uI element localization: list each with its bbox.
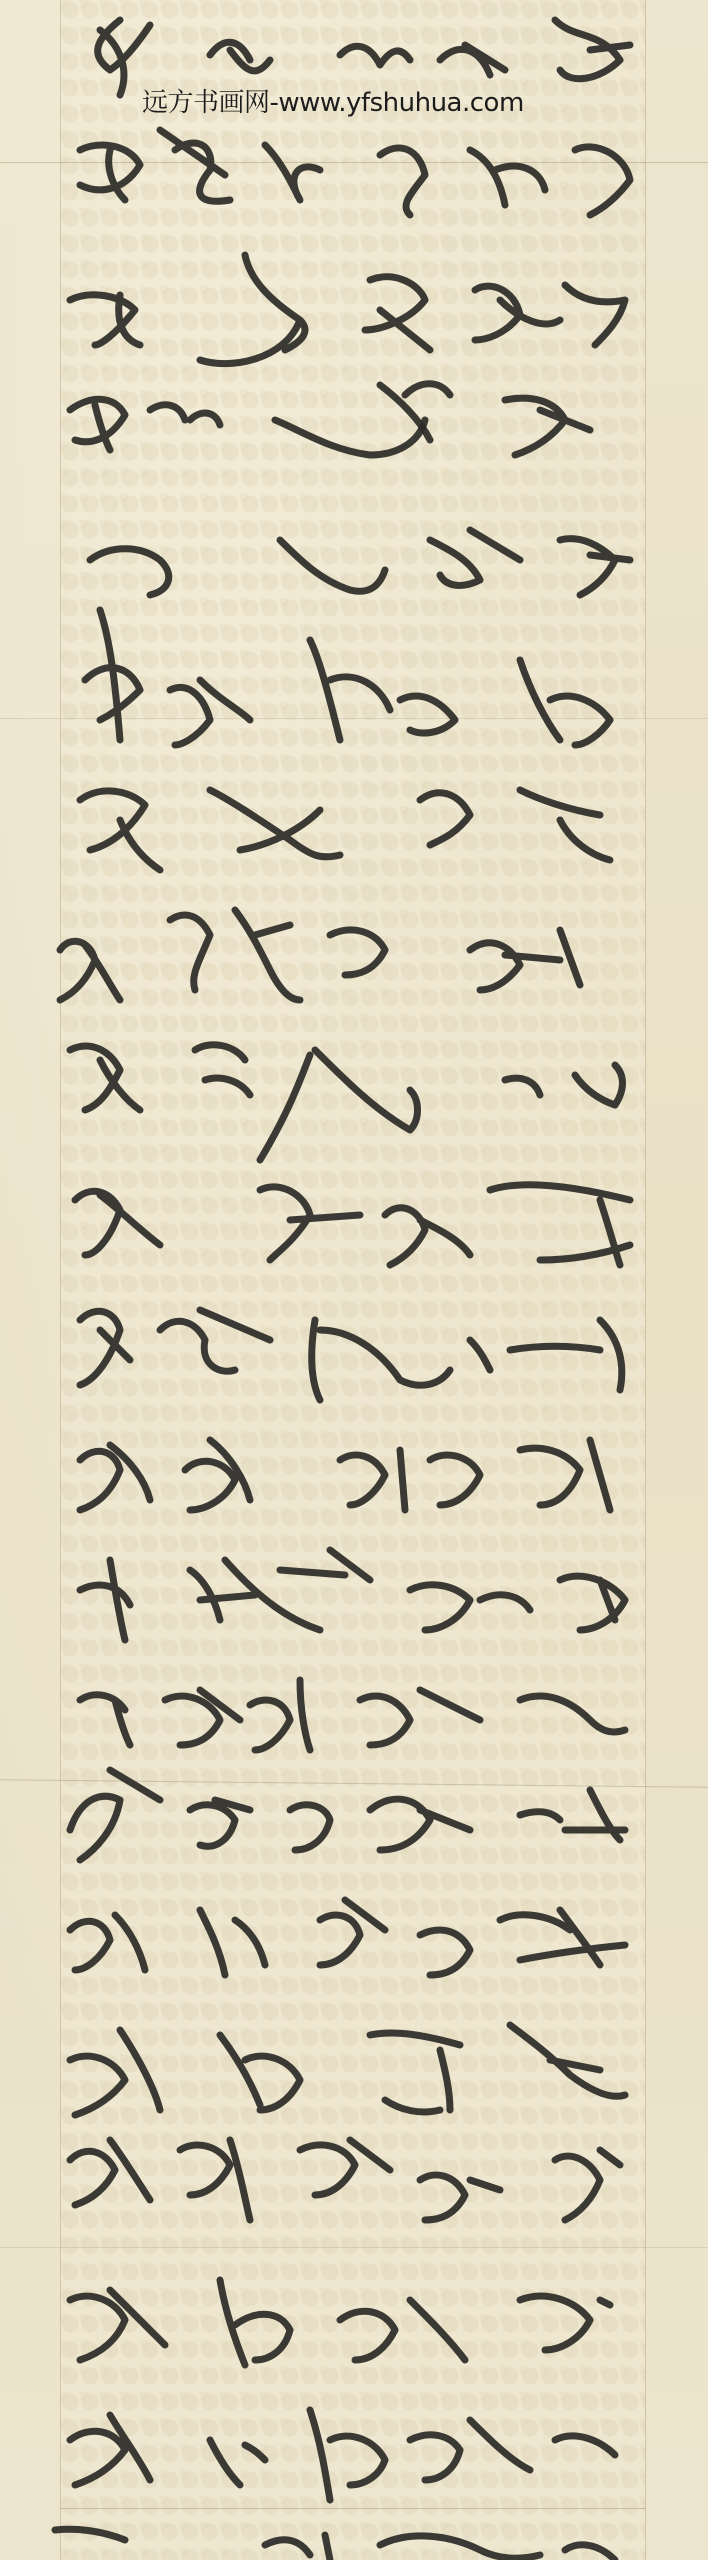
calligraphy-strokes [0, 0, 708, 2560]
watermark-text: 远方书画网-www.yfshuhua.com [142, 82, 524, 119]
